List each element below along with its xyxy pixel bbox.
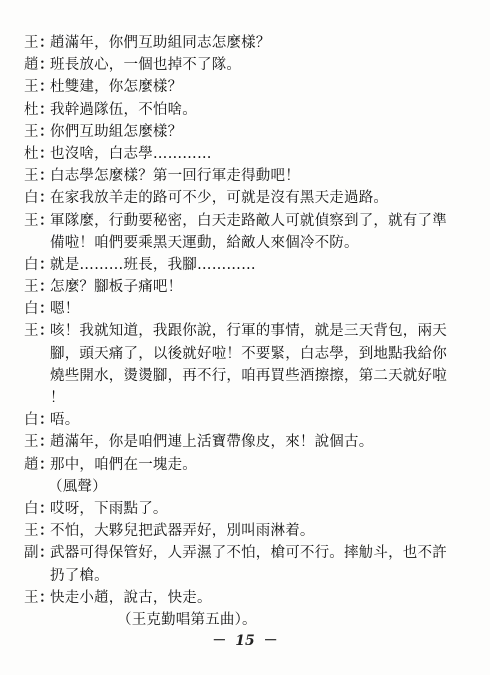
speaker-colon: ： — [39, 431, 50, 453]
speaker-colon: ： — [39, 165, 50, 187]
line-text: （王克勤唱第五曲）。 — [24, 609, 257, 631]
speaker-colon: ： — [39, 542, 50, 564]
speaker-colon: ： — [39, 298, 50, 320]
page-number: 15 — [235, 633, 254, 649]
line-text: 咳！我就知道，我跟你說，行軍的事情，就是三天背包，兩天 — [50, 320, 447, 342]
line-text: 哎呀，下雨點了。 — [50, 498, 168, 520]
speaker-label: 白 — [24, 498, 39, 520]
speaker-colon: ： — [39, 54, 50, 76]
dialogue-line: 趙：那中，咱們在一塊走。 — [24, 454, 464, 476]
dialogue-line: 王：趙滿年，你們互助組同志怎麼樣？ — [24, 32, 464, 54]
dialogue-line: 王：不怕，大夥兒把武器弄好，別叫雨淋着。 — [24, 520, 464, 542]
dialogue-line: 白：嗯！ — [24, 298, 464, 320]
line-text: 嗯！ — [50, 298, 79, 320]
speaker-label: 王 — [24, 520, 39, 542]
speaker-colon: ： — [39, 121, 50, 143]
line-text: 那中，咱們在一塊走。 — [50, 454, 197, 476]
continuation-line: ！ — [24, 387, 464, 409]
continuation-line: 腳，頭天痛了，以後就好啦！不要緊，白志學，到地點我給你 — [24, 343, 464, 365]
speaker-label: 王 — [24, 32, 39, 54]
dialogue-line: 趙：班長放心，一個也掉不了隊。 — [24, 54, 464, 76]
speaker-label: 王 — [24, 431, 39, 453]
continuation-line: 備啦！咱們要乘黑天運動，給敵人來個冷不防。 — [24, 232, 464, 254]
dialogue-line: 杜：我幹過隊伍，不怕啥。 — [24, 99, 464, 121]
speaker-colon: ： — [39, 210, 50, 232]
speaker-label: 杜 — [24, 99, 39, 121]
speaker-label: 王 — [24, 121, 39, 143]
line-text: 也沒啥，白志學………… — [50, 143, 212, 165]
line-text: 武器可得保管好，人弄濕了不怕，槍可不行。摔觔斗，也不許 — [50, 542, 447, 564]
speaker-label: 王 — [24, 276, 39, 298]
line-text: 扔了槍。 — [24, 565, 109, 587]
dialogue-line: 杜：也沒啥，白志學………… — [24, 143, 464, 165]
line-text: 你們互助組怎麼樣？ — [50, 121, 182, 143]
line-text: 班長放心，一個也掉不了隊。 — [50, 54, 241, 76]
speaker-label: 王 — [24, 165, 39, 187]
dialogue-line: 王：軍隊麼，行動要秘密，白天走路敵人可就偵察到了，就有了準 — [24, 210, 464, 232]
dialogue-line: 副：武器可得保管好，人弄濕了不怕，槍可不行。摔觔斗，也不許 — [24, 542, 464, 564]
speaker-colon: ： — [39, 520, 50, 542]
line-text: 我幹過隊伍，不怕啥。 — [50, 99, 197, 121]
stage-direction: （風聲） — [24, 476, 464, 498]
stage-direction: （王克勤唱第五曲）。 — [24, 609, 464, 631]
dialogue-line: 白：唔。 — [24, 409, 464, 431]
line-text: 趙滿年，你是咱們連上活寶帶像皮，來！說個古。 — [50, 431, 373, 453]
line-text: 唔。 — [50, 409, 79, 431]
speaker-colon: ： — [39, 320, 50, 342]
page-footer: － 15 － — [0, 630, 490, 650]
speaker-label: 杜 — [24, 143, 39, 165]
line-text: 軍隊麼，行動要秘密，白天走路敵人可就偵察到了，就有了準 — [50, 210, 447, 232]
line-text: 腳，頭天痛了，以後就好啦！不要緊，白志學，到地點我給你 — [24, 343, 447, 365]
line-text: 趙滿年，你們互助組同志怎麼樣？ — [50, 32, 271, 54]
continuation-line: 燒些開水，燙燙腳，再不行，咱再買些酒擦擦，第二天就好啦 — [24, 365, 464, 387]
speaker-label: 白 — [24, 187, 39, 209]
line-text: 備啦！咱們要乘黑天運動，給敵人來個冷不防。 — [24, 232, 359, 254]
speaker-label: 趙 — [24, 54, 39, 76]
speaker-label: 白 — [24, 409, 39, 431]
dialogue-line: 白：在家我放羊走的路可不少，可就是沒有黑天走過路。 — [24, 187, 464, 209]
line-text: ！ — [24, 387, 65, 409]
speaker-colon: ： — [39, 187, 50, 209]
script-body: 王：趙滿年，你們互助組同志怎麼樣？趙：班長放心，一個也掉不了隊。王：杜雙建，你怎… — [24, 32, 464, 631]
speaker-colon: ： — [39, 498, 50, 520]
speaker-colon: ： — [39, 32, 50, 54]
footer-dash-right: － — [264, 633, 278, 649]
dialogue-line: 白：就是………班長，我腳………… — [24, 254, 464, 276]
speaker-label: 白 — [24, 254, 39, 276]
line-text: 就是………班長，我腳………… — [50, 254, 256, 276]
dialogue-line: 王：趙滿年，你是咱們連上活寶帶像皮，來！說個古。 — [24, 431, 464, 453]
continuation-line: 扔了槍。 — [24, 565, 464, 587]
speaker-colon: ： — [39, 454, 50, 476]
dialogue-line: 王：咳！我就知道，我跟你說，行軍的事情，就是三天背包，兩天 — [24, 320, 464, 342]
dialogue-line: 王：怎麼？腳板子痛吧！ — [24, 276, 464, 298]
line-text: 白志學怎麼樣？第一回行軍走得動吧！ — [50, 165, 300, 187]
speaker-label: 王 — [24, 320, 39, 342]
speaker-colon: ： — [39, 409, 50, 431]
speaker-label: 趙 — [24, 454, 39, 476]
speaker-label: 王 — [24, 210, 39, 232]
dialogue-line: 王：杜雙建，你怎麼樣？ — [24, 76, 464, 98]
speaker-colon: ： — [39, 76, 50, 98]
speaker-colon: ： — [39, 99, 50, 121]
dialogue-line: 王：你們互助組怎麼樣？ — [24, 121, 464, 143]
line-text: 燒些開水，燙燙腳，再不行，咱再買些酒擦擦，第二天就好啦 — [24, 365, 447, 387]
dialogue-line: 王：白志學怎麼樣？第一回行軍走得動吧！ — [24, 165, 464, 187]
speaker-label: 白 — [24, 298, 39, 320]
dialogue-line: 王：快走小趙，說古，快走。 — [24, 587, 464, 609]
speaker-colon: ： — [39, 587, 50, 609]
line-text: 快走小趙，說古，快走。 — [50, 587, 212, 609]
line-text: 杜雙建，你怎麼樣？ — [50, 76, 182, 98]
speaker-colon: ： — [39, 143, 50, 165]
line-text: 不怕，大夥兒把武器弄好，別叫雨淋着。 — [50, 520, 315, 542]
speaker-label: 王 — [24, 76, 39, 98]
line-text: 在家我放羊走的路可不少，可就是沒有黑天走過路。 — [50, 187, 388, 209]
speaker-colon: ： — [39, 276, 50, 298]
dialogue-line: 白：哎呀，下雨點了。 — [24, 498, 464, 520]
scanned-page: 王：趙滿年，你們互助組同志怎麼樣？趙：班長放心，一個也掉不了隊。王：杜雙建，你怎… — [0, 0, 490, 675]
line-text: 怎麼？腳板子痛吧！ — [50, 276, 182, 298]
footer-dash-left: － — [212, 633, 226, 649]
speaker-label: 副 — [24, 542, 39, 564]
speaker-label: 王 — [24, 587, 39, 609]
line-text: （風聲） — [24, 476, 107, 498]
speaker-colon: ： — [39, 254, 50, 276]
